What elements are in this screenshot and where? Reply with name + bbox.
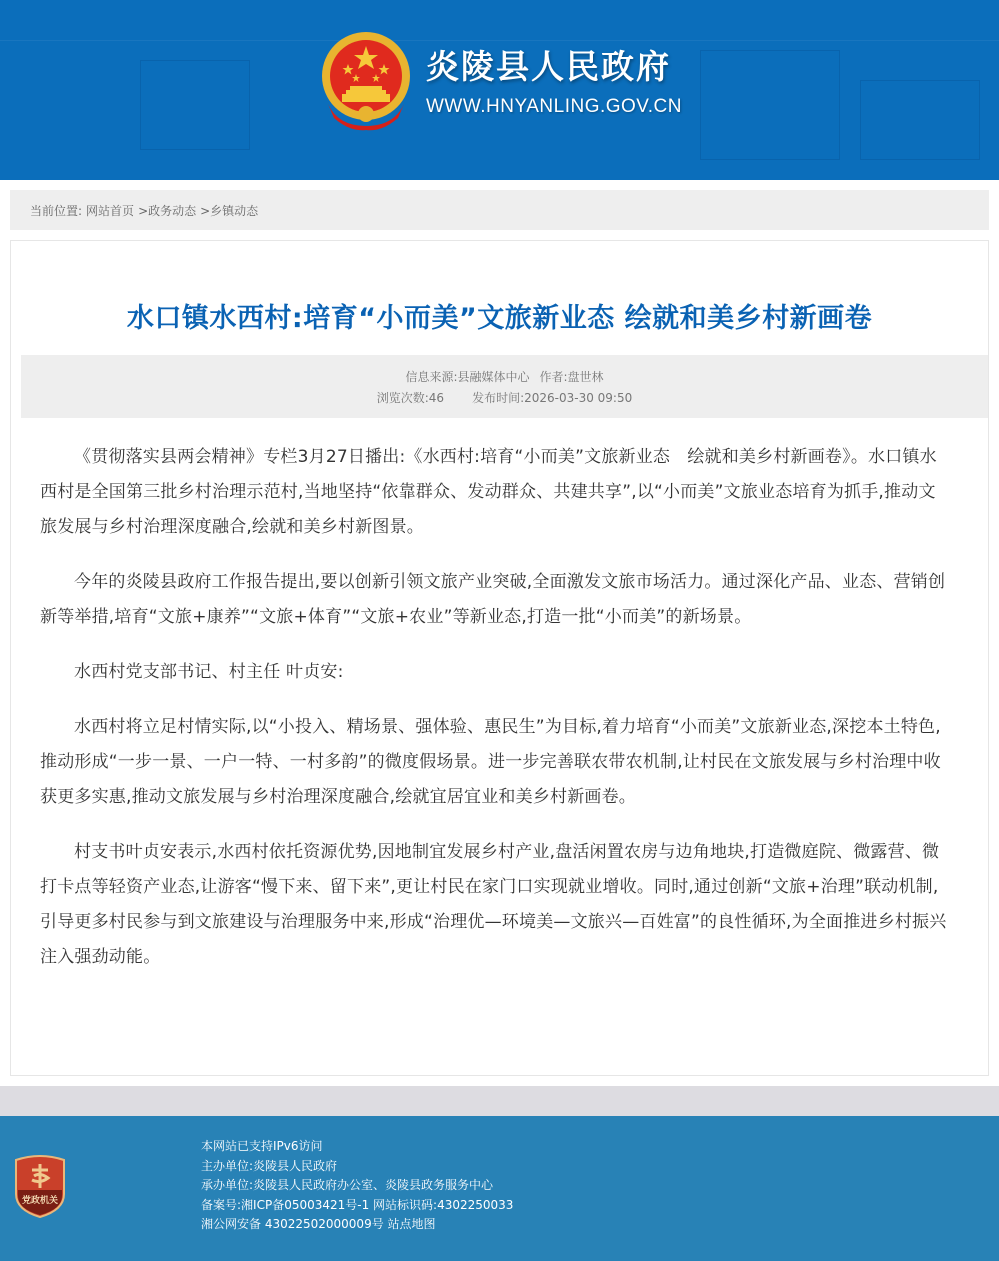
breadcrumb-label: 当前位置: bbox=[30, 202, 82, 219]
breadcrumb-gov-news[interactable]: >政务动态 bbox=[138, 202, 196, 219]
host-unit: 主办单位:炎陵县人民政府 bbox=[201, 1157, 513, 1177]
breadcrumb: 当前位置: 网站首页 >政务动态 >乡镇动态 bbox=[10, 190, 989, 230]
meta-row-1: 信息来源:县融媒体中心作者:盘世林 bbox=[21, 367, 988, 388]
article-container: 水口镇水西村:培育“小而美”文旅新业态 绘就和美乡村新画卷 信息来源:县融媒体中… bbox=[10, 240, 989, 1076]
breadcrumb-home[interactable]: 网站首页 bbox=[86, 202, 134, 219]
article-title: 水口镇水西村:培育“小而美”文旅新业态 绘就和美乡村新画卷 bbox=[11, 299, 988, 339]
paragraph: 《贯彻落实县两会精神》专栏3月27日播出:《水西村:培育“小而美”文旅新业态 绘… bbox=[40, 440, 948, 545]
national-emblem-icon bbox=[318, 30, 414, 134]
meta-row-2: 浏览次数:46发布时间:2026-03-30 09:50 bbox=[21, 388, 988, 409]
source-value: 县融媒体中心 bbox=[457, 370, 529, 384]
svg-text:党政机关: 党政机关 bbox=[22, 1194, 58, 1206]
police-record-link[interactable]: 湘公网安备 43022502000009号 bbox=[201, 1217, 384, 1231]
site-url: WWW.HNYANLING.GOV.CN bbox=[426, 96, 682, 118]
header-decoration bbox=[140, 60, 250, 150]
icp-record: 备案号:湘ICP备05003421号-1 网站标识码:4302250033 bbox=[201, 1196, 513, 1216]
views-label: 浏览次数: bbox=[377, 391, 429, 405]
party-government-badge-icon[interactable]: 党政机关 bbox=[14, 1154, 66, 1218]
header-decoration bbox=[700, 50, 840, 160]
author-label: 作者: bbox=[540, 370, 568, 384]
article-meta: 信息来源:县融媒体中心作者:盘世林 浏览次数:46发布时间:2026-03-30… bbox=[21, 355, 988, 418]
paragraph: 水西村党支部书记、村主任 叶贞安: bbox=[40, 655, 948, 690]
source-label: 信息来源: bbox=[405, 370, 457, 384]
published-label: 发布时间: bbox=[472, 391, 524, 405]
breadcrumb-town-news[interactable]: >乡镇动态 bbox=[200, 202, 258, 219]
site-header: 炎陵县人民政府 WWW.HNYANLING.GOV.CN bbox=[0, 0, 999, 180]
sitemap-link[interactable]: 站点地图 bbox=[388, 1217, 436, 1231]
site-title: 炎陵县人民政府 bbox=[426, 46, 682, 88]
footer-info: 本网站已支持IPv6访问 主办单位:炎陵县人民政府 承办单位:炎陵县人民政府办公… bbox=[201, 1137, 513, 1235]
organizer-unit: 承办单位:炎陵县人民政府办公室、炎陵县政务服务中心 bbox=[201, 1176, 513, 1196]
police-record-row: 湘公网安备 43022502000009号 站点地图 bbox=[201, 1215, 513, 1235]
paragraph: 今年的炎陵县政府工作报告提出,要以创新引领文旅产业突破,全面激发文旅市场活力。通… bbox=[40, 565, 948, 635]
published-time: 2026-03-30 09:50 bbox=[524, 391, 632, 405]
header-decoration bbox=[860, 80, 980, 160]
site-footer: 党政机关 本网站已支持IPv6访问 主办单位:炎陵县人民政府 承办单位:炎陵县人… bbox=[0, 1116, 999, 1261]
footer-divider-band bbox=[0, 1086, 999, 1116]
views-count: 46 bbox=[429, 391, 444, 405]
ipv6-notice: 本网站已支持IPv6访问 bbox=[201, 1137, 513, 1157]
paragraph: 村支书叶贞安表示,水西村依托资源优势,因地制宜发展乡村产业,盘活闲置农房与边角地… bbox=[40, 835, 948, 975]
author-value: 盘世林 bbox=[568, 370, 604, 384]
icp-link[interactable]: 备案号:湘ICP备05003421号-1 网站标识码:4302250033 bbox=[201, 1198, 513, 1212]
article-body: 《贯彻落实县两会精神》专栏3月27日播出:《水西村:培育“小而美”文旅新业态 绘… bbox=[11, 440, 988, 975]
paragraph: 水西村将立足村情实际,以“小投入、精场景、强体验、惠民生”为目标,着力培育“小而… bbox=[40, 710, 948, 815]
site-logo[interactable]: 炎陵县人民政府 WWW.HNYANLING.GOV.CN bbox=[318, 30, 682, 134]
